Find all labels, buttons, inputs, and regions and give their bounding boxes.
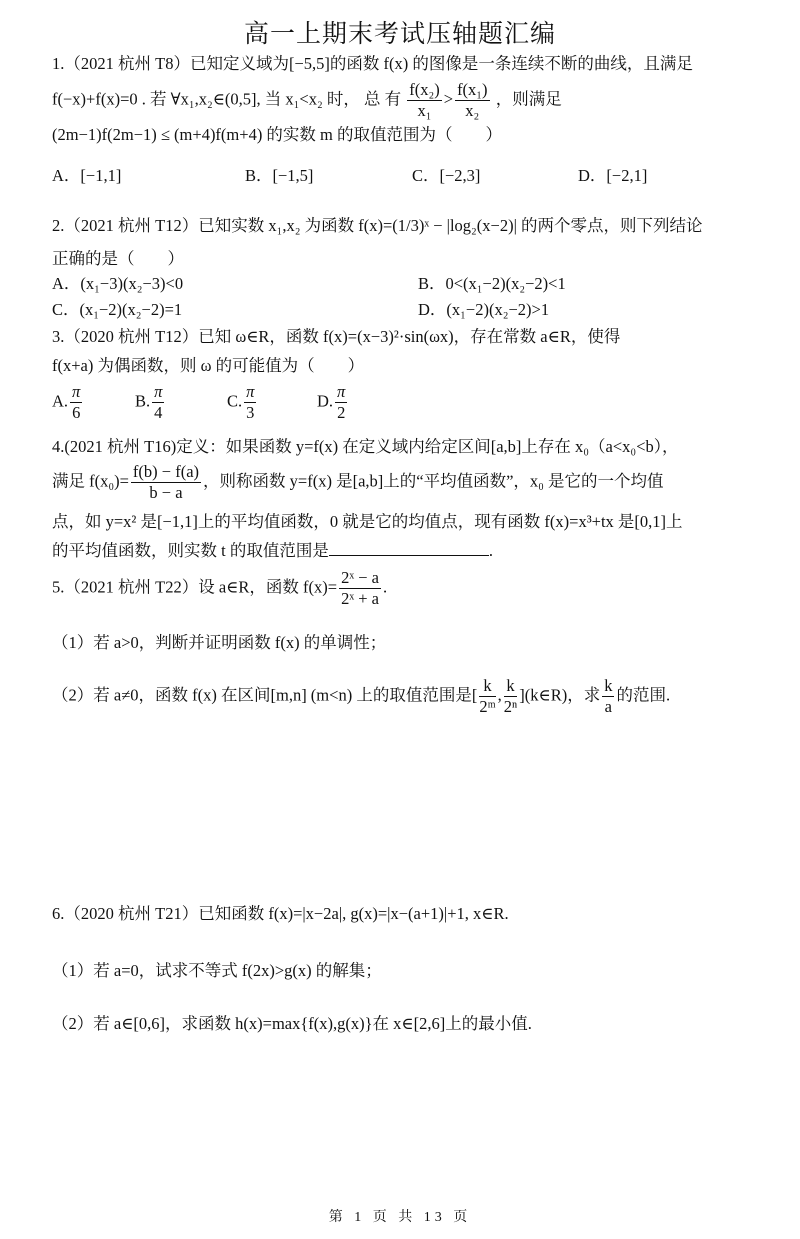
q2-line2: 正确的是（ ） [52, 245, 184, 269]
q2-option-a: A．(x₁−3)(x₂−3)<0 [52, 270, 183, 294]
q1-line1: 1.（2021 杭州 T8）已知定义域为[−5,5]的函数 f(x) 的图像是一… [52, 50, 693, 74]
q5-line1: 5.（2021 杭州 T22）设 a∈R，函数 f(x)=2ˣ − a2ˣ + … [52, 568, 387, 609]
q1-frac-left: f(x₂)x₁ [407, 80, 442, 121]
q5-part1: （1）若 a>0，判断并证明函数 f(x) 的单调性； [52, 629, 386, 653]
page-footer: 第 1 页 共 13 页 [0, 1206, 800, 1226]
q1-option-b: B．[−1,5] [245, 162, 313, 186]
page-title: 高一上期末考试压轴题汇编 [0, 14, 800, 50]
q4-line1: 4.(2021 杭州 T16)定义：如果函数 y=f(x) 在定义域内给定区间[… [52, 433, 679, 457]
q1-line2: f(−x)+f(x)=0 . 若 ∀x₁,x₂∈(0,5], 当 x₁<x₂ 时… [52, 80, 562, 121]
q2-option-d: D．(x₁−2)(x₂−2)>1 [418, 296, 549, 320]
q6-part1: （1）若 a=0，试求不等式 f(2x)>g(x) 的解集； [52, 957, 382, 981]
q2-option-c: C．(x₁−2)(x₂−2)=1 [52, 296, 182, 320]
q3-line2: f(x+a) 为偶函数，则 ω 的可能值为（ ） [52, 352, 364, 376]
q1-option-a: A．[−1,1] [52, 162, 121, 186]
q5-part2: （2）若 a≠0，函数 f(x) 在区间[m,n] (m<n) 上的取值范围是[… [52, 676, 670, 717]
q2-option-b: B．0<(x₁−2)(x₂−2)<1 [418, 270, 566, 294]
q1-line3: (2m−1)f(2m−1) ≤ (m+4)f(m+4) 的实数 m 的取值范围为… [52, 121, 502, 145]
q1-option-d: D．[−2,1] [578, 162, 647, 186]
document-page: 高一上期末考试压轴题汇编 1.（2021 杭州 T8）已知定义域为[−5,5]的… [0, 0, 800, 1239]
q6-part2: （2）若 a∈[0,6]，求函数 h(x)=max{f(x),g(x)}在 x∈… [52, 1010, 532, 1034]
q3-option-b: B.π4 [135, 382, 166, 423]
q1-frac-right: f(x₁)x₂ [455, 80, 490, 121]
q4-line2: 满足 f(x₀)=f(b) − f(a)b − a，则称函数 y=f(x) 是[… [52, 462, 664, 503]
q6-line1: 6.（2020 杭州 T21）已知函数 f(x)=|x−2a|, g(x)=|x… [52, 900, 509, 924]
q3-option-d: D.π2 [317, 382, 349, 423]
q4-line4: 的平均值函数，则实数 t 的取值范围是. [52, 537, 493, 561]
q1-option-c: C．[−2,3] [412, 162, 480, 186]
answer-blank [329, 541, 489, 556]
q3-option-a: A.π6 [52, 382, 84, 423]
q2-line1: 2.（2021 杭州 T12）已知实数 x₁,x₂ 为函数 f(x)=(1/3)… [52, 212, 703, 236]
q3-line1: 3.（2020 杭州 T12）已知 ω∈R，函数 f(x)=(x−3)²·sin… [52, 323, 620, 347]
q4-line3: 点，如 y=x² 是[−1,1]上的平均值函数，0 就是它的均值点，现有函数 f… [52, 508, 683, 532]
q3-option-c: C.π3 [227, 382, 258, 423]
